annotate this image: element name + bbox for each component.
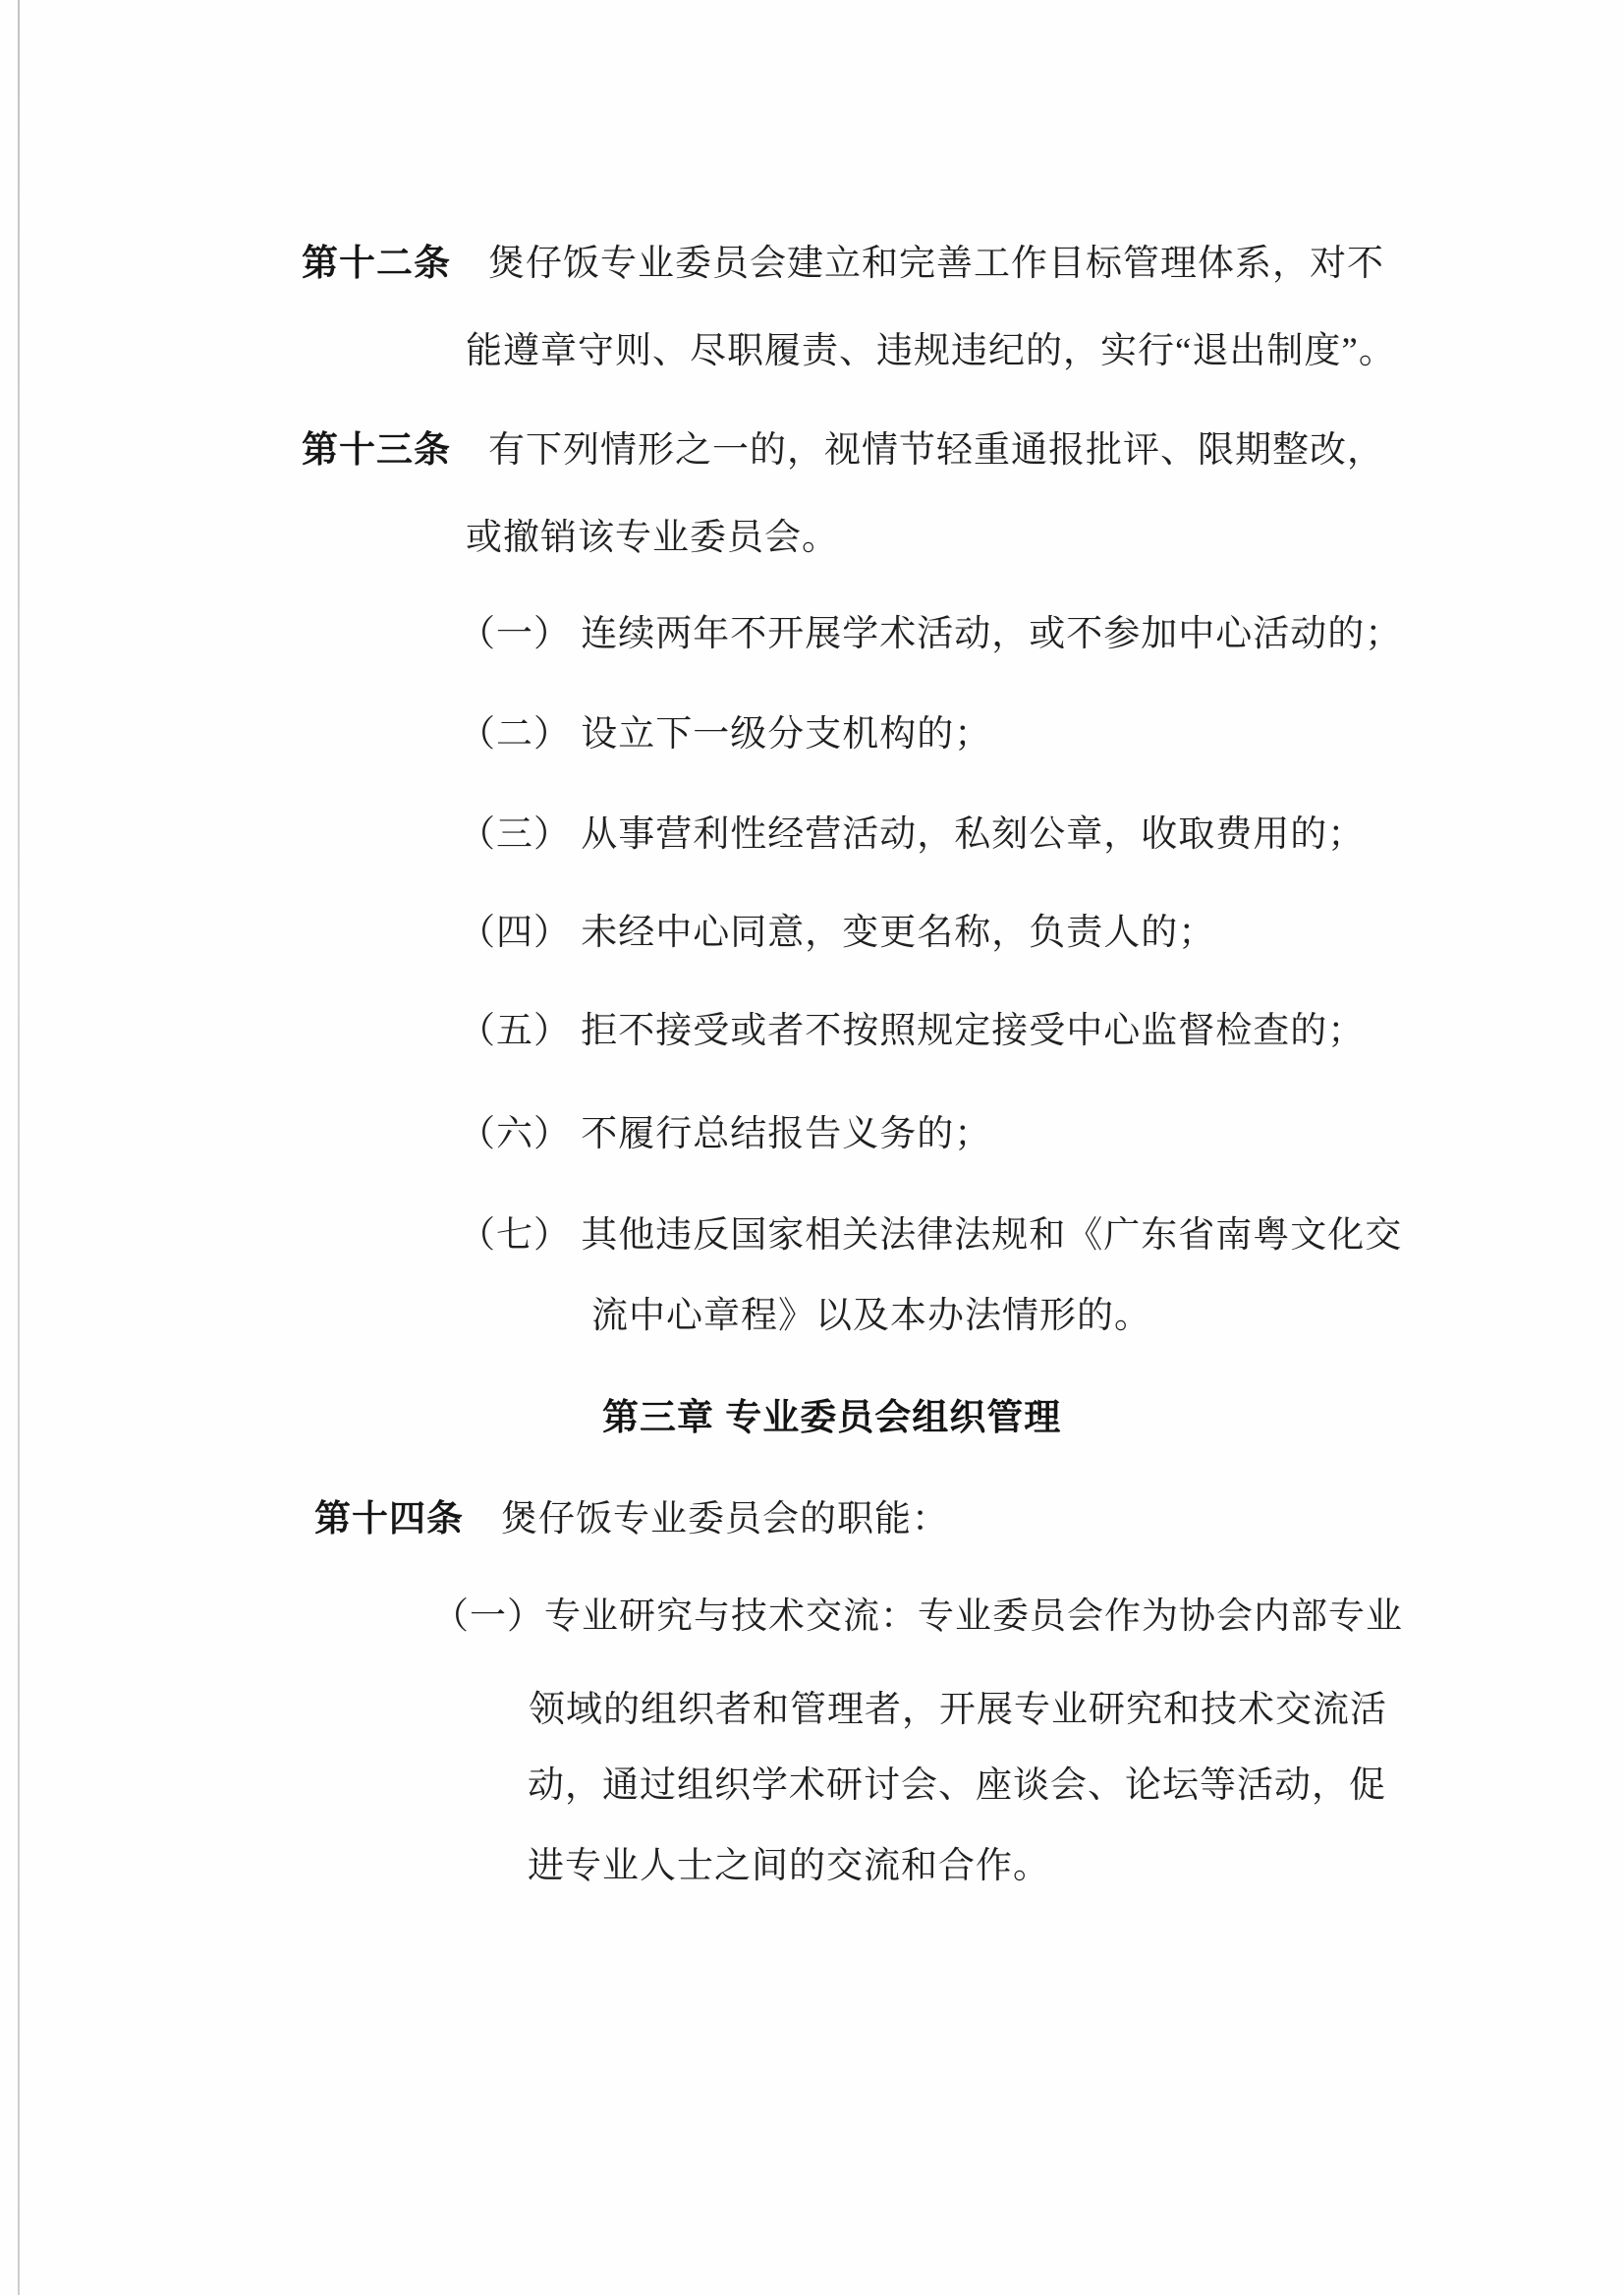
article-14-item-1-line-1: （一）专业研究与技术交流：专业委员会作为协会内部专业 [432,1597,1403,1638]
article-14-item-1-line-3: 动，通过组织学术研讨会、座谈会、论坛等活动，促 [528,1766,1386,1807]
article-13-line-1: 第十三条 有下列情形之一的，视情节轻重通报批评、限期整改， [302,430,1384,472]
body-text: （六） 不履行总结报告义务的； [459,1114,991,1154]
body-text: 动，通过组织学术研讨会、座谈会、论坛等活动，促 [528,1765,1386,1806]
body-text: 领域的组织者和管理者，开展专业研究和技术交流活 [529,1690,1387,1730]
document-page: 第十二条 煲仔饭专业委员会建立和完善工作目标管理体系，对不能遵章守则、尽职履责、… [0,0,1624,2295]
body-text: 进专业人士之间的交流和合作。 [528,1846,1050,1886]
body-text: 能遵章守则、尽职履责、违规违纪的，实行“退出制度”。 [466,331,1396,371]
list-item-7-line-1: （七） 其他违反国家相关法律法规和《广东省南粤文化交 [459,1216,1402,1257]
body-text: （二） 设立下一级分支机构的； [459,714,991,755]
list-item-6: （六） 不履行总结报告义务的； [459,1115,991,1155]
list-item-3: （三） 从事营利性经营活动，私刻公章，收取费用的； [459,815,1365,856]
body-text: （七） 其他违反国家相关法律法规和《广东省南粤文化交 [459,1215,1402,1256]
article-14-line-1: 第十四条 煲仔饭专业委员会的职能： [314,1499,949,1540]
body-text: 或撤销该专业委员会。 [466,518,839,558]
body-text: （四） 未经中心同意，变更名称，负责人的； [459,913,1215,953]
article-number-text: 第三章 专业委员会组织管理 [602,1397,1061,1437]
body-text: 有下列情形之一的，视情节轻重通报批评、限期整改， [451,430,1384,471]
body-text: （五） 拒不接受或者不按照规定接受中心监督检查的； [459,1011,1365,1051]
body-text: （三） 从事营利性经营活动，私刻公章，收取费用的； [459,814,1365,855]
body-text: （一）专业研究与技术交流：专业委员会作为协会内部专业 [432,1596,1403,1637]
list-item-7-line-2: 流中心章程》以及本办法情形的。 [591,1297,1151,1337]
article-14-item-1-line-4: 进专业人士之间的交流和合作。 [528,1847,1050,1887]
article-12-line-2: 能遵章守则、尽职履责、违规违纪的，实行“退出制度”。 [466,332,1396,372]
list-item-5: （五） 拒不接受或者不按照规定接受中心监督检查的； [459,1012,1365,1052]
scan-artifact-line [18,0,20,2295]
body-text: 煲仔饭专业委员会建立和完善工作目标管理体系，对不 [451,244,1384,284]
body-text: 煲仔饭专业委员会的职能： [464,1499,949,1539]
article-number-text: 第十二条 [302,243,451,283]
list-item-2: （二） 设立下一级分支机构的； [459,715,991,756]
list-item-1: （一） 连续两年不开展学术活动，或不参加中心活动的； [459,615,1402,655]
article-number-text: 第十四条 [314,1498,464,1539]
body-text: （一） 连续两年不开展学术活动，或不参加中心活动的； [459,614,1402,654]
body-text: 流中心章程》以及本办法情形的。 [591,1296,1151,1336]
article-13-line-2: 或撤销该专业委员会。 [466,519,839,559]
list-item-4: （四） 未经中心同意，变更名称，负责人的； [459,914,1215,954]
article-14-item-1-line-2: 领域的组织者和管理者，开展专业研究和技术交流活 [529,1691,1387,1731]
chapter-3-heading: 第三章 专业委员会组织管理 [602,1398,1061,1439]
article-12-line-1: 第十二条 煲仔饭专业委员会建立和完善工作目标管理体系，对不 [302,244,1384,285]
article-number-text: 第十三条 [302,429,451,470]
